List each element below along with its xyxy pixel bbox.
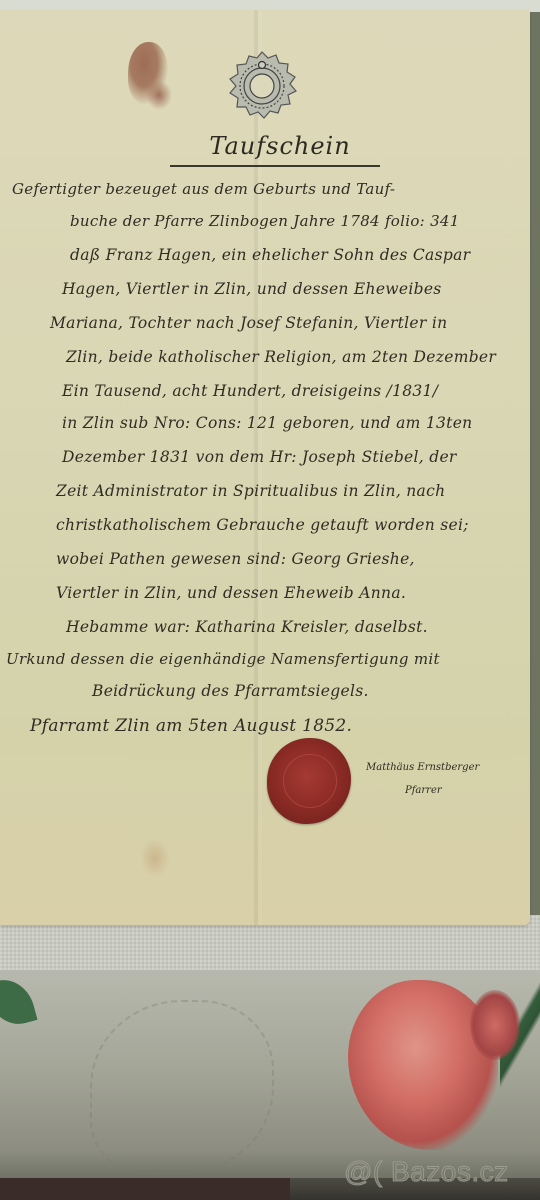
text-line-7: Ein Tausend, acht Hundert, dreisigeins /… [62, 382, 438, 400]
title-underline [170, 165, 380, 167]
text-line-2: buche der Pfarre Zlinbogen Jahre 1784 fo… [70, 212, 460, 230]
text-line-9: Dezember 1831 von dem Hr: Joseph Stiebel… [62, 448, 457, 466]
tax-stamp-icon [226, 50, 298, 122]
text-line-1: Gefertigter bezeuget aus dem Geburts und… [12, 180, 395, 198]
text-line-14: Hebamme war: Katharina Kreisler, daselbs… [66, 618, 428, 636]
document-paper: Taufschein Gefertigter bezeuget aus dem … [0, 10, 530, 925]
seal-emblem [283, 754, 337, 808]
document-title: Taufschein [185, 132, 375, 160]
text-line-5: Mariana, Tochter nach Josef Stefanin, Vi… [50, 314, 447, 332]
text-line-3: daß Franz Hagen, ein ehelicher Sohn des … [70, 246, 470, 264]
text-line-8: in Zlin sub Nro: Cons: 121 geboren, und … [62, 414, 472, 432]
signature-name: Matthäus Ernstberger [366, 762, 479, 773]
bazos-watermark: @( Bazos.cz [344, 1156, 509, 1188]
lace-pattern [90, 1000, 274, 1174]
paper-stain [140, 838, 170, 878]
text-line-11: christkatholischem Gebrauche getauft wor… [56, 516, 469, 534]
text-line-13: Viertler in Zlin, und dessen Eheweib Ann… [56, 584, 406, 602]
table-edge-dark [0, 1178, 290, 1200]
text-line-4: Hagen, Viertler in Zlin, und dessen Ehew… [62, 280, 442, 298]
ink-stain-drip [146, 80, 172, 110]
text-line-17: Pfarramt Zlin am 5ten August 1852. [30, 716, 352, 736]
rose-bud-print [470, 990, 520, 1060]
text-line-16: Beidrückung des Pfarramtsiegels. [92, 682, 369, 700]
text-line-12: wobei Pathen gewesen sind: Georg Grieshe… [56, 550, 415, 568]
text-line-6: Zlin, beide katholischer Religion, am 2t… [66, 348, 496, 366]
text-line-15: Urkund dessen die eigenhändige Namensfer… [6, 650, 440, 668]
text-line-10: Zeit Administrator in Spiritualibus in Z… [56, 482, 445, 500]
signature-role: Pfarrer [405, 785, 442, 796]
